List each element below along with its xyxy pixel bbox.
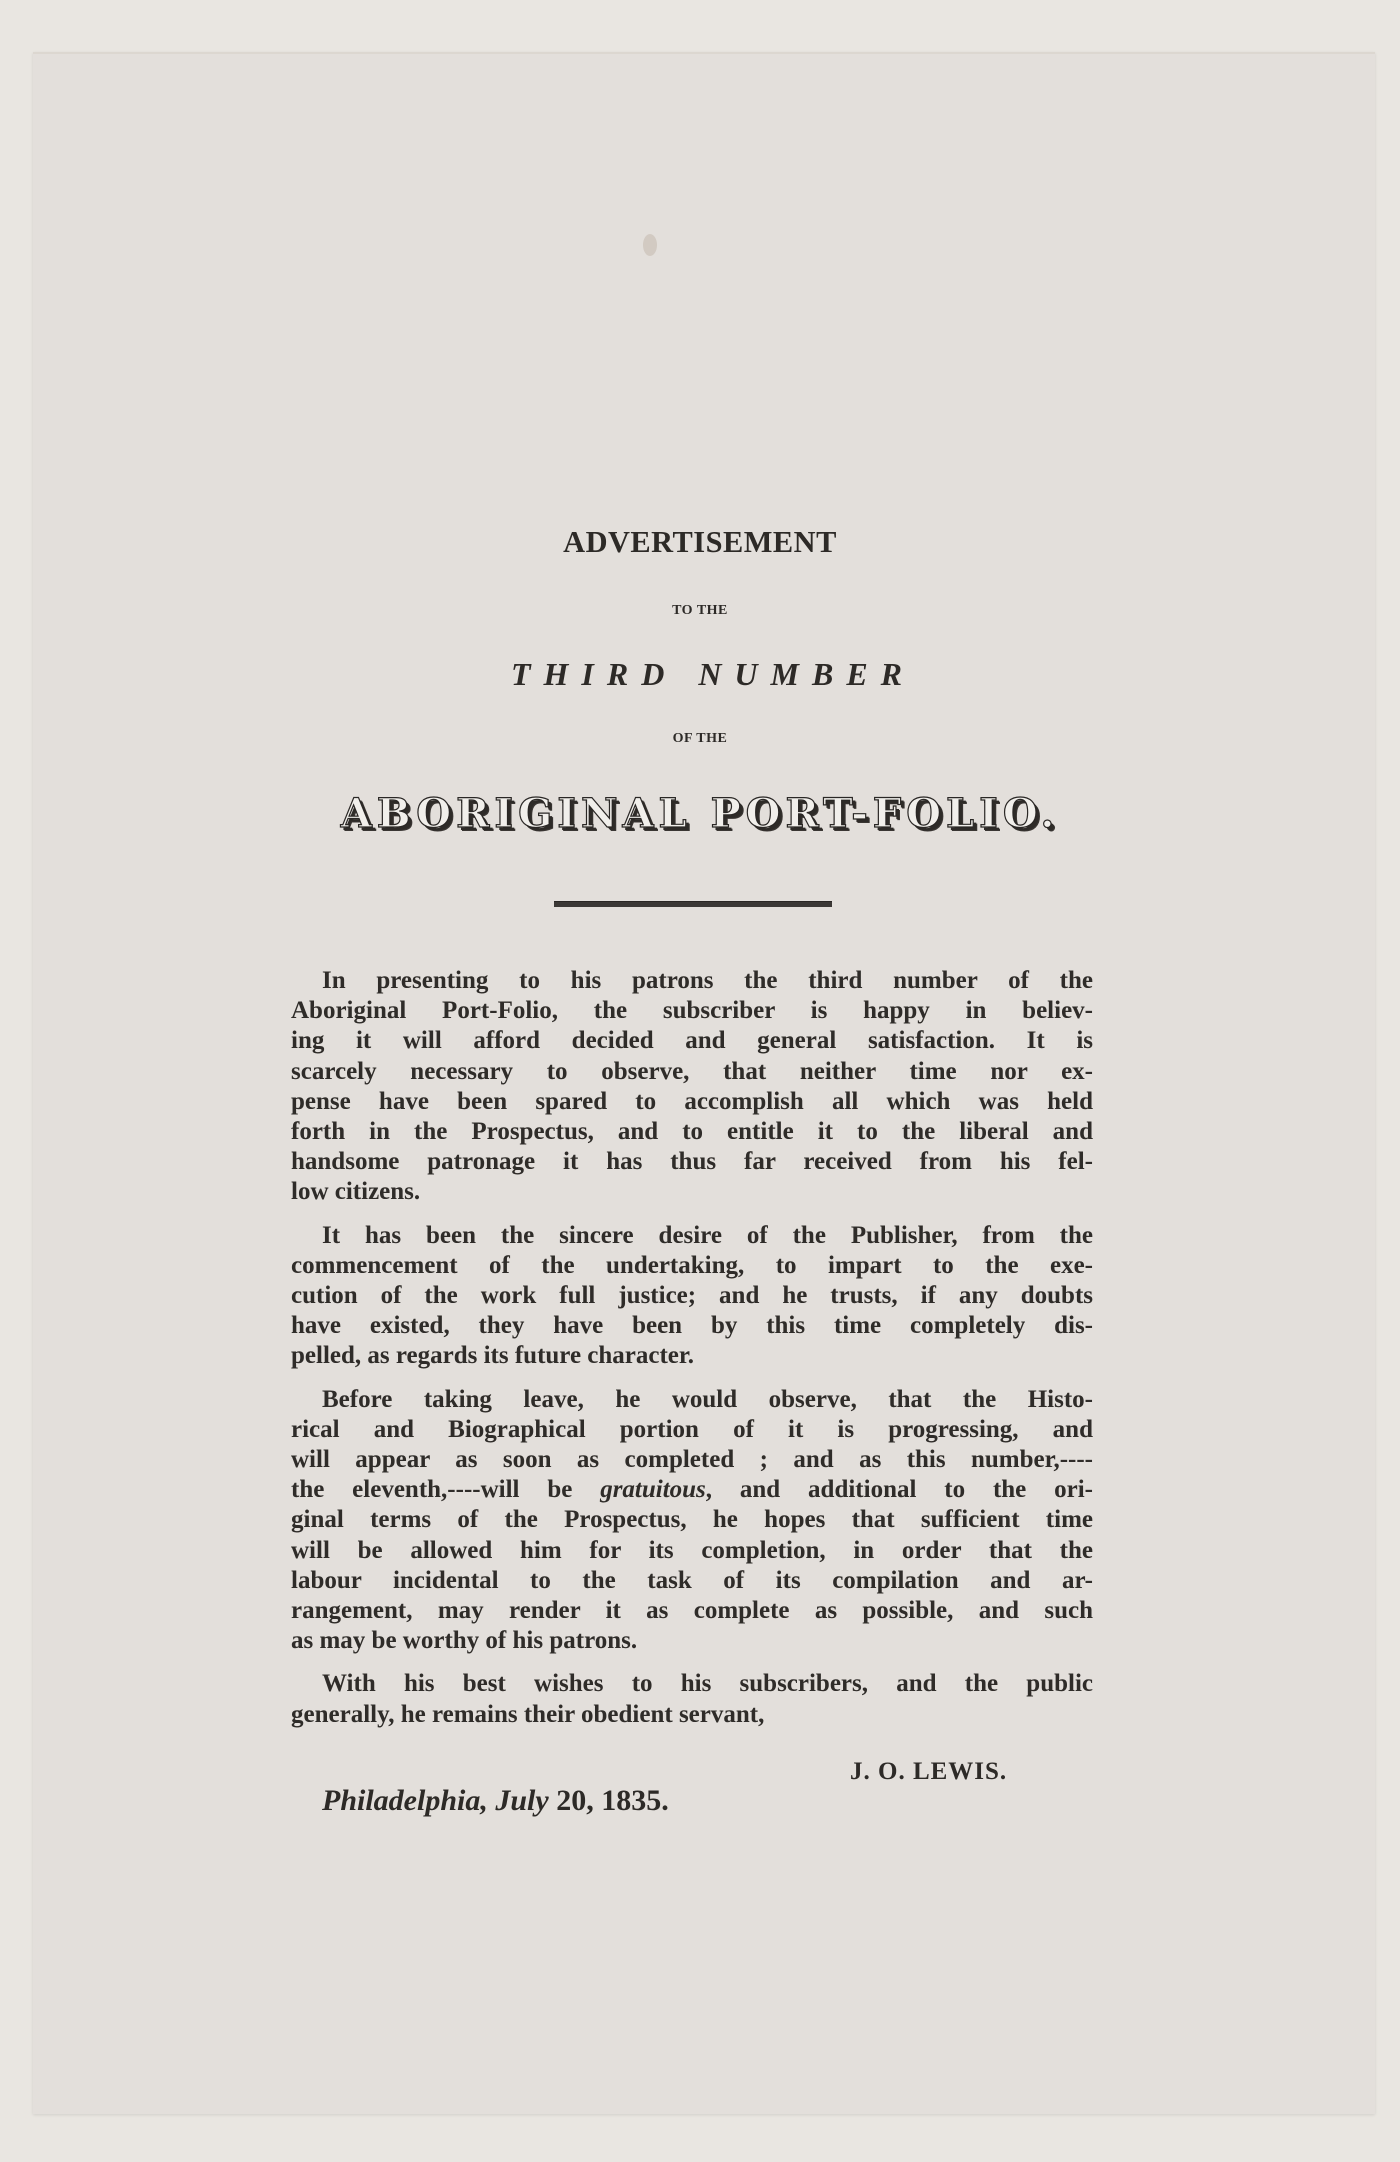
paragraph-4: With his best wishes to his subscribers,… [291,1669,1093,1729]
paragraph-1: In presenting to his patrons the third n… [291,966,1093,1208]
text-line: will appear as soon as completed ; and a… [291,1445,1093,1475]
paragraph-3: Before taking leave, he would observe, t… [291,1385,1093,1657]
heading-aboriginal-port-folio: ABORIGINAL PORT-FOLIO. [0,790,1400,837]
heading-third-number: THIRD NUMBER [0,656,1400,693]
text-line: With his best wishes to his subscribers,… [291,1669,1093,1699]
italic-word: gratuitous [600,1476,706,1503]
text-line: forth in the Prospectus, and to entitle … [291,1117,1093,1147]
text-line: rical and Biographical portion of it is … [291,1415,1093,1445]
text-line: ginal terms of the Prospectus, he hopes … [291,1505,1093,1535]
text-line: low citizens. [291,1177,1093,1207]
text-line: scarcely necessary to observe, that neit… [291,1057,1093,1087]
text-line: In presenting to his patrons the third n… [291,966,1093,996]
paper-stain [643,234,657,256]
text-line: generally, he remains their obedient ser… [291,1700,1093,1730]
text-line: pelled, as regards its future character. [291,1341,1093,1371]
paragraph-2: It has been the sincere desire of the Pu… [291,1221,1093,1372]
body-text: In presenting to his patrons the third n… [291,966,1093,1743]
dateline: Philadelphia, July 20, 1835. [322,1784,669,1818]
text-line: Aboriginal Port-Folio, the subscriber is… [291,996,1093,1026]
text-line: It has been the sincere desire of the Pu… [291,1221,1093,1251]
text-line: handsome patronage it has thus far recei… [291,1147,1093,1177]
heading-of-the: OF THE [0,731,1400,747]
text-line-with-italic: the eleventh,----will be gratuitous, and… [291,1475,1093,1505]
text-line: have existed, they have been by this tim… [291,1311,1093,1341]
ornamental-rule [554,901,832,907]
text-line: commencement of the undertaking, to impa… [291,1251,1093,1281]
heading-to-the: TO THE [0,603,1400,619]
text-line: labour incidental to the task of its com… [291,1566,1093,1596]
dateline-place: Philadelphia, July [322,1784,549,1817]
signature: J. O. LEWIS. [850,1758,1007,1786]
text-line: as may be worthy of his patrons. [291,1626,1093,1656]
text-line: pense have been spared to accomplish all… [291,1087,1093,1117]
text-line: ing it will afford decided and general s… [291,1026,1093,1056]
text-line: Before taking leave, he would observe, t… [291,1385,1093,1415]
heading-advertisement: ADVERTISEMENT [14,524,1386,560]
text-line: will be allowed him for its completion, … [291,1536,1093,1566]
dateline-date: 20, 1835. [556,1784,669,1817]
text-line: rangement, may render it as complete as … [291,1596,1093,1626]
text-line: cution of the work full justice; and he … [291,1281,1093,1311]
